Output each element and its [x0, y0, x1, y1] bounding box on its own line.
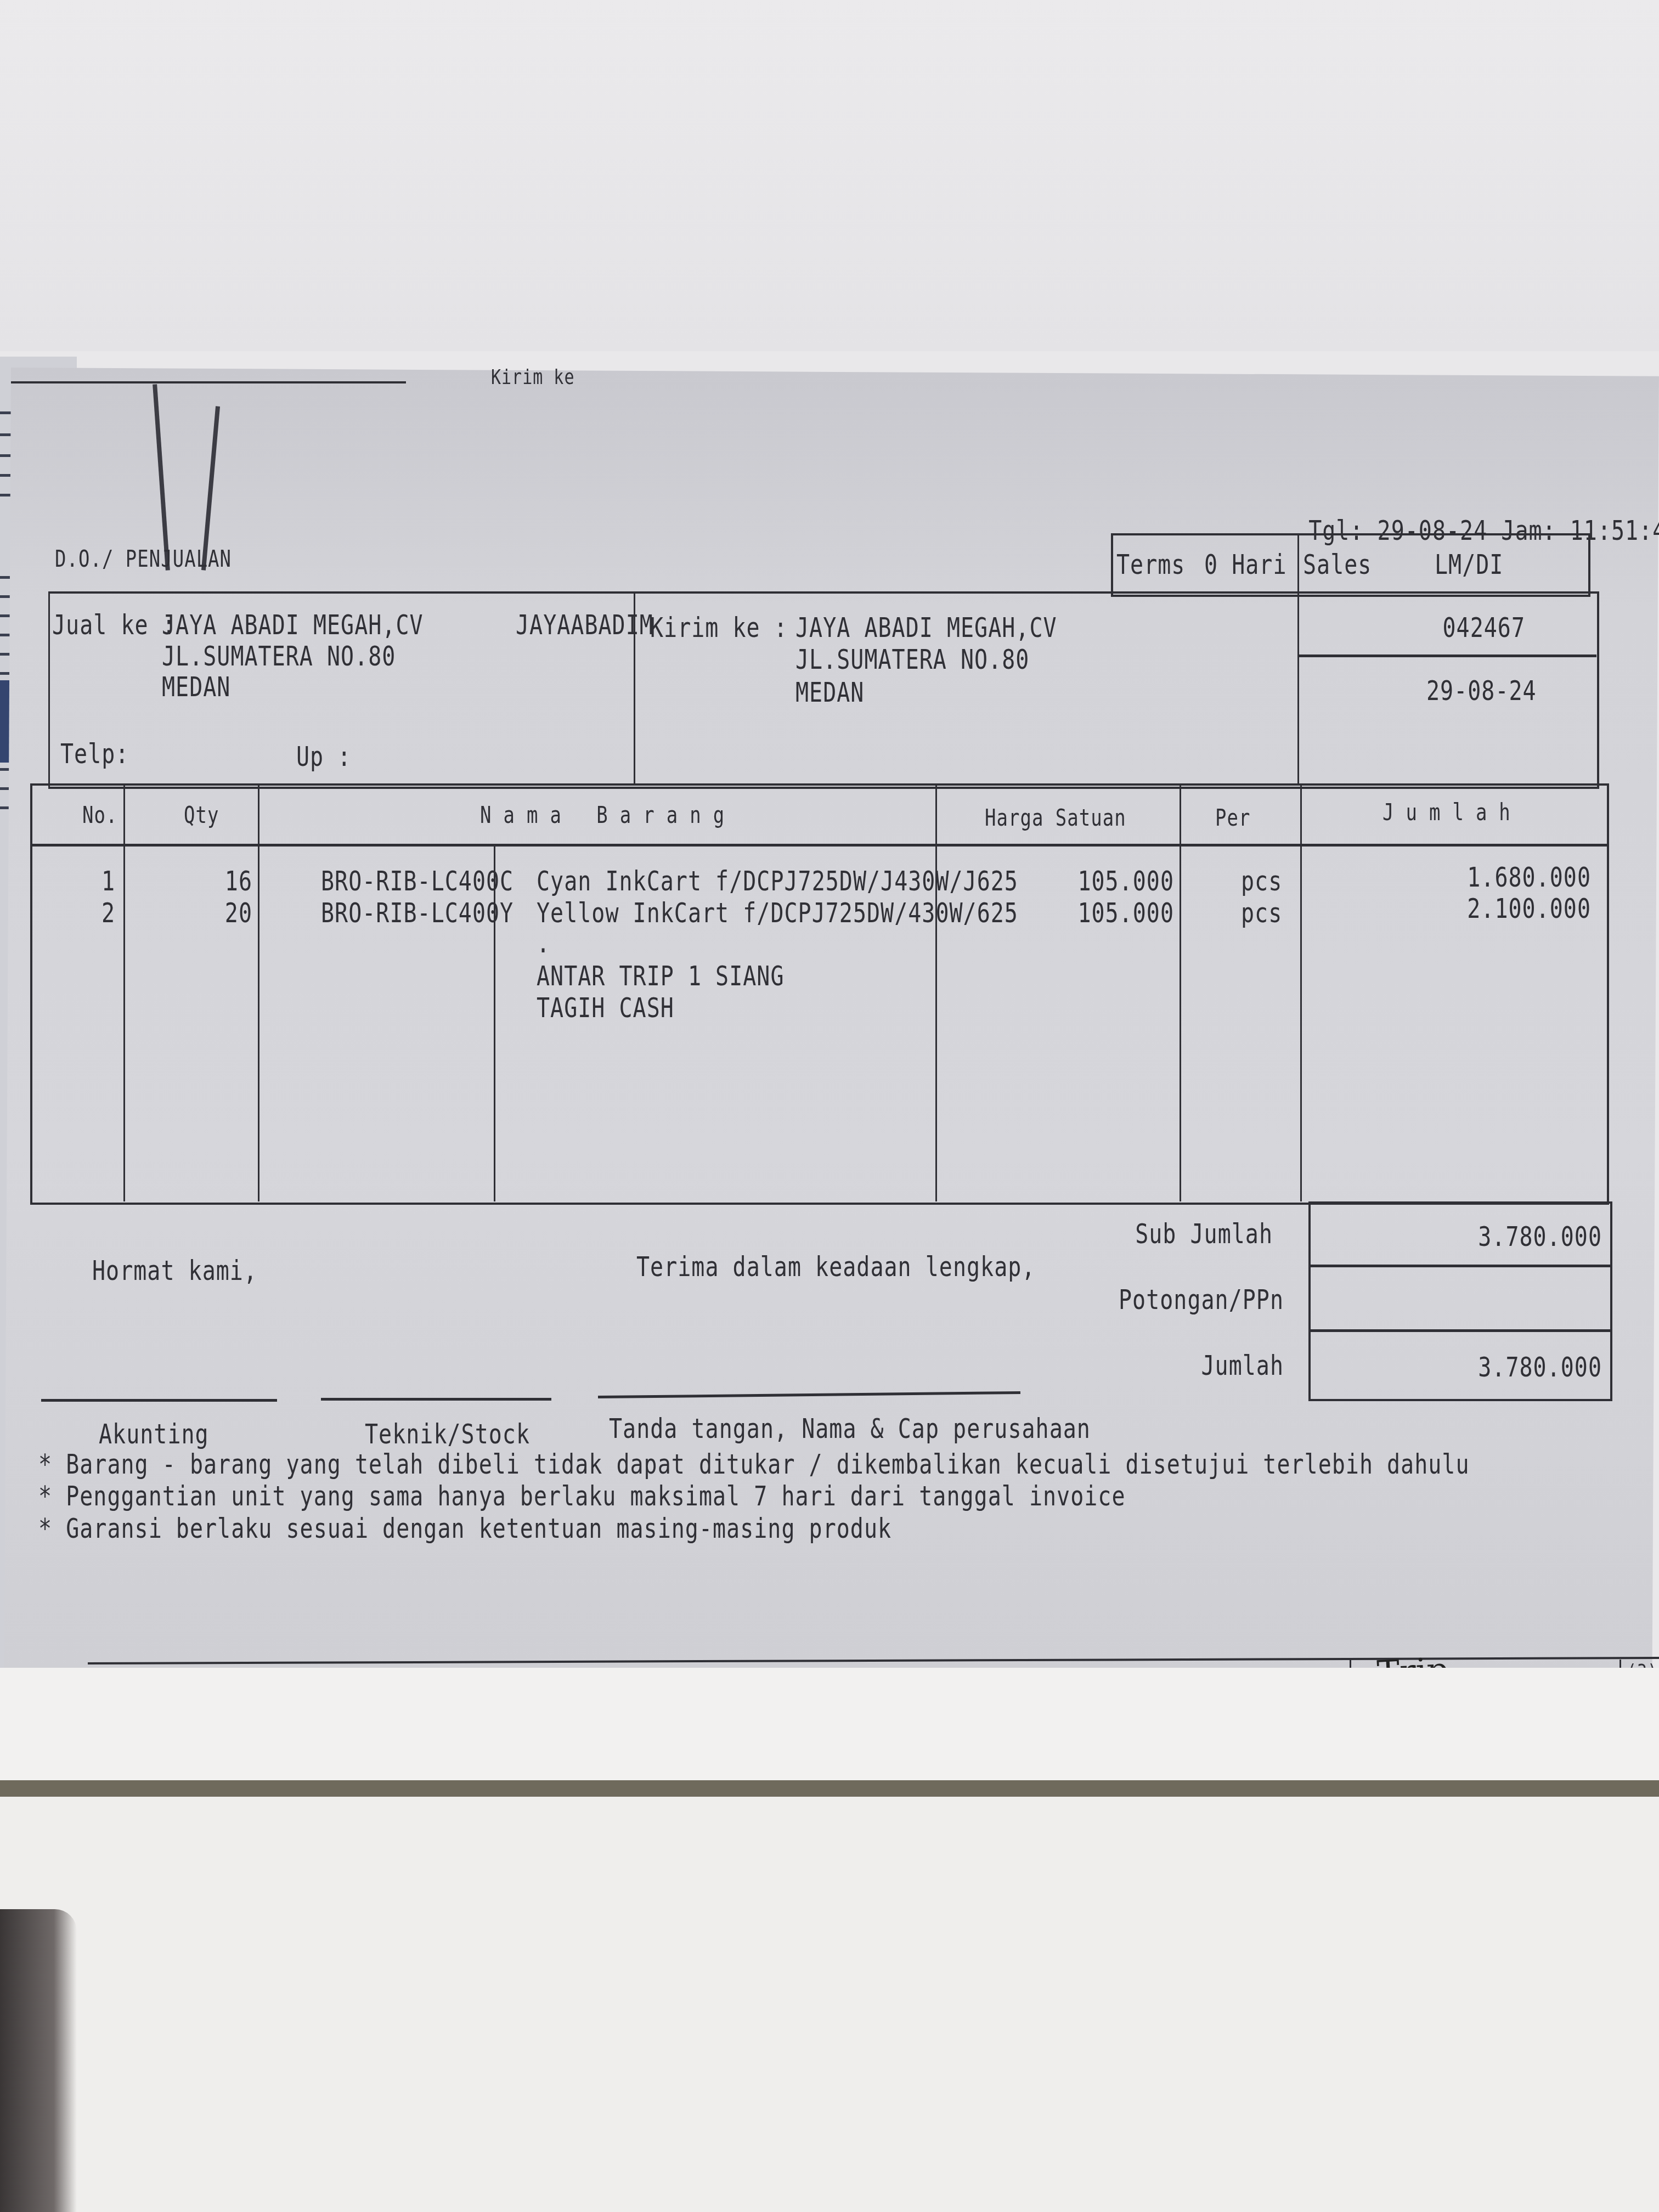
ship-to-city: MEDAN	[795, 679, 864, 707]
subtotal-value: 3.780.000	[1415, 1223, 1602, 1251]
header-item-name: Nama Barang	[480, 804, 736, 827]
row-code: BRO-RIB-LC400C	[321, 868, 513, 895]
footer-note: * Garansi berlaku sesuai dengan ketentua…	[38, 1515, 891, 1543]
table-header-divider	[30, 844, 1607, 847]
lower-sheet-edge	[0, 1780, 1659, 1797]
header-unit-price: Harga Satuan	[985, 806, 1126, 830]
total-value: 3.780.000	[1415, 1354, 1602, 1381]
stock-label: Teknik/Stock	[365, 1421, 530, 1448]
row-per: pcs	[1241, 868, 1282, 895]
terms-label: Terms	[1116, 551, 1185, 579]
col-divider	[1180, 785, 1181, 1201]
sold-to-code: JAYAABADIM	[516, 612, 653, 639]
ship-to-address: JL.SUMATERA NO.80	[795, 646, 1029, 674]
row-total: 2.100.000	[1415, 895, 1591, 923]
sold-to-city: MEDAN	[162, 674, 230, 701]
row-total: 1.680.000	[1415, 864, 1591, 891]
header-per: Per	[1215, 806, 1250, 830]
regards-text: Hormat kami,	[92, 1257, 257, 1285]
top-edge-text: Kirim ke	[491, 368, 575, 388]
col-divider	[1300, 785, 1302, 1201]
receiver-label: Tanda tangan, Nama & Cap perusahaan	[609, 1415, 1091, 1443]
row-description: Yellow InkCart f/DCPJ725DW/430W/625	[537, 900, 1018, 927]
divider	[1297, 592, 1299, 786]
thumb-shadow	[0, 1909, 77, 2212]
divider	[1308, 1265, 1610, 1267]
telp-label: Telp:	[60, 741, 129, 768]
header-total: Jumlah	[1383, 801, 1522, 825]
divider	[1308, 1329, 1610, 1332]
subtotal-label: Sub Jumlah	[1097, 1221, 1273, 1248]
ship-to-name: JAYA ABADI MEGAH,CV	[795, 614, 1057, 642]
ship-to-label: Kirim ke :	[650, 614, 788, 642]
items-table	[30, 783, 1609, 1205]
signature-line-accounting	[41, 1399, 277, 1402]
table-note-dot: .	[537, 930, 550, 957]
row-qty: 16	[198, 868, 252, 895]
lower-white-surface	[0, 1797, 1659, 2212]
sold-to-address: JL.SUMATERA NO.80	[162, 643, 396, 670]
col-divider	[935, 785, 937, 1201]
up-label: Up :	[296, 743, 351, 771]
document-number: 042467	[1426, 614, 1525, 642]
row-unit-price: 105.000	[1042, 868, 1174, 895]
total-label: Jumlah	[1114, 1352, 1284, 1380]
row-qty: 20	[198, 900, 252, 927]
table-note-delivery: ANTAR TRIP 1 SIANG	[537, 963, 784, 990]
col-divider	[123, 785, 125, 1201]
sold-to-name: JAYA ABADI MEGAH,CV	[162, 612, 424, 639]
table-note-payment: TAGIH CASH	[537, 995, 674, 1022]
sales-label: Sales	[1303, 551, 1372, 579]
table-surface	[0, 0, 1659, 351]
accounting-label: Akunting	[99, 1421, 209, 1448]
divider	[1297, 654, 1596, 657]
row-no: 2	[82, 900, 115, 927]
document-date: 29-08-24	[1426, 678, 1525, 705]
top-edge-line	[11, 381, 406, 383]
row-description: Cyan InkCart f/DCPJ725DW/J430W/J625	[537, 868, 1018, 895]
lower-white-sheet	[0, 1668, 1659, 1788]
received-text: Terima dalam keadaan lengkap,	[636, 1254, 1035, 1281]
row-code: BRO-RIB-LC400Y	[321, 900, 513, 927]
footer-note: * Barang - barang yang telah dibeli tida…	[38, 1451, 1470, 1479]
divider	[1297, 533, 1299, 594]
terms-value: 0 Hari	[1204, 551, 1287, 579]
row-per: pcs	[1241, 900, 1282, 927]
header-qty: Qty	[184, 804, 219, 827]
sold-to-label: Jual ke :	[52, 612, 176, 639]
col-divider	[258, 785, 259, 1201]
signature-line-stock	[321, 1398, 551, 1401]
sales-value: LM/DI	[1435, 551, 1503, 579]
document-type-title: D.O./ PENJUALAN	[55, 548, 232, 571]
row-no: 1	[82, 868, 115, 895]
row-unit-price: 105.000	[1042, 900, 1174, 927]
footer-note: * Penggantian unit yang sama hanya berla…	[38, 1483, 1125, 1510]
discount-label: Potongan/PPn	[1075, 1286, 1284, 1314]
header-no: No.	[82, 804, 117, 827]
